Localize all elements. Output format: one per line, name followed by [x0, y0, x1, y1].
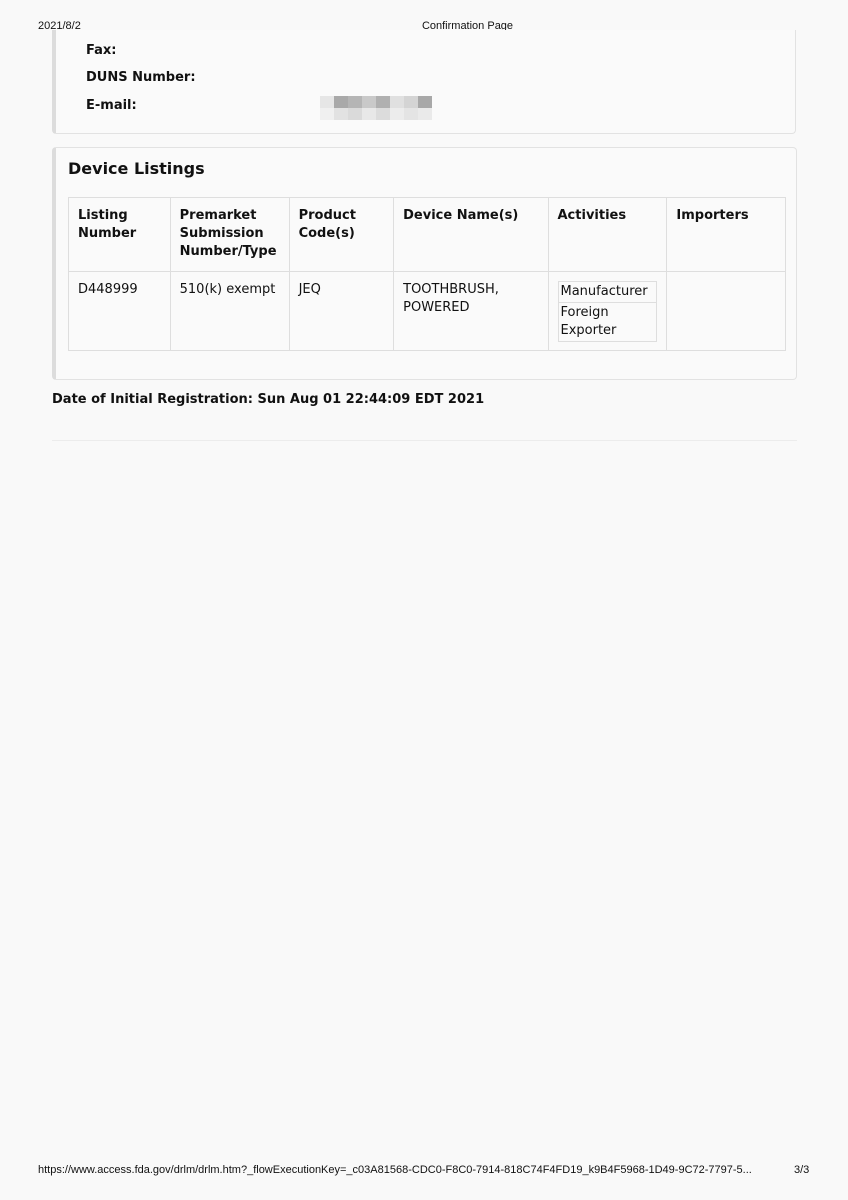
fax-label: Fax:	[86, 43, 116, 58]
page-number: 3/3	[794, 1164, 809, 1176]
cell-product-codes: JEQ	[289, 272, 394, 351]
section-divider	[52, 440, 797, 441]
duns-number-label: DUNS Number:	[86, 70, 196, 85]
column-header-importers: Importers	[667, 198, 786, 272]
cell-importers	[667, 272, 786, 351]
print-footer: https://www.access.fda.gov/drlm/drlm.htm…	[0, 1164, 848, 1180]
cell-listing-number: D448999	[69, 272, 171, 351]
column-header-product-codes: Product Code(s)	[289, 198, 394, 272]
device-listings-title: Device Listings	[68, 159, 205, 178]
email-label: E-mail:	[86, 98, 137, 113]
activities-list: Manufacturer Foreign Exporter	[558, 281, 658, 342]
email-value-redacted	[320, 96, 432, 120]
table-row: D448999 510(k) exempt JEQ TOOTHBRUSH, PO…	[69, 272, 786, 351]
device-listings-card: Device Listings Listing Number Premarket…	[52, 147, 797, 380]
print-url: https://www.access.fda.gov/drlm/drlm.htm…	[38, 1164, 752, 1176]
cell-activities: Manufacturer Foreign Exporter	[548, 272, 667, 351]
column-header-premarket-submission: Premarket Submission Number/Type	[170, 198, 289, 272]
table-header-row: Listing Number Premarket Submission Numb…	[69, 198, 786, 272]
cell-premarket-submission: 510(k) exempt	[170, 272, 289, 351]
column-header-device-names: Device Name(s)	[394, 198, 548, 272]
contact-info-card: Fax: DUNS Number: E-mail:	[52, 30, 796, 134]
initial-registration-date: Date of Initial Registration: Sun Aug 01…	[52, 392, 484, 407]
activity-item: Manufacturer	[558, 282, 657, 303]
column-header-activities: Activities	[548, 198, 667, 272]
cell-device-names: TOOTHBRUSH, POWERED	[394, 272, 548, 351]
activity-item: Foreign Exporter	[558, 303, 657, 342]
column-header-listing-number: Listing Number	[69, 198, 171, 272]
device-listings-table: Listing Number Premarket Submission Numb…	[68, 197, 786, 351]
